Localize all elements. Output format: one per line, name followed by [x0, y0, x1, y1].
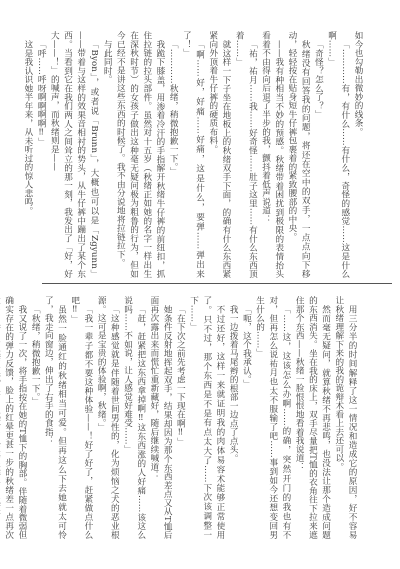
paragraph: 虽然一脸通红的秋绪相当可爱。但再这么下去她就太可怜了，我走向窗边，伸出了右手的食… [41, 296, 67, 539]
paragraph: 「祐，祐月……我……好奇怪……肚子这里……有什么东西顶着……」 [232, 31, 258, 278]
paragraph: 这是我认识她半年来，从未听过的惊人悲鸣。 [21, 31, 34, 278]
paragraph: 「…………秋绪，稍微抱歉一下。」 [166, 31, 179, 278]
paragraph: 用三分半的时间解释了这一情况和造成它的原因，好不容易让秋绪理解下来的我的诡辩术看… [332, 296, 358, 539]
paragraph: 「啊……好，好痛……好痛，这是什么，要弹……弹出来了！」 [179, 31, 205, 278]
paragraph: 如今也勾勒出微妙的线条。 [351, 31, 364, 278]
paragraph: 不过还好，这样一来就证明我的肉体易容术能够正常使用了。只不过，那个东西是不是有点… [186, 296, 226, 539]
paragraph: 「呃，这个我承认。」 [239, 296, 252, 539]
paragraph: 「赶，赶紧把这东西拿掉啊‼这东西涨的人好痛……该这么说吗……不如说，让人感觉好难… [120, 296, 146, 539]
top-text-block: 如今也勾勒出微妙的线条。「…………有，有什么……有什么，奇怪的感觉……这是什么啊… [21, 31, 364, 278]
paragraph: 「……这，这该怎么办啊……的确，突然开门的我也有不对，但再怎么说祐月也太不服输了… [252, 296, 292, 539]
paragraph: ——我有种相当不妙的预感。秋绪带着困扰到极限的表情抬头看着不由得向后退了半步的我… [258, 31, 284, 278]
paragraph: 「秋绪，稍微抱歉一下。」 [28, 296, 41, 539]
paragraph: 我跪下膝盖，用渗着冷汗的手指解开秋绪牛仔裤的前纽扣，抓住拉链的拉头部件。虽然对十… [113, 31, 166, 278]
paragraph: 我一边拨着马尾辫的根部一边点了点头。 [226, 296, 239, 539]
paragraph: 与此同时。 [100, 31, 113, 278]
paragraph: 「Byon」，或者说「Brunn」，大概也可以是「Zgyunn」——带着与这样的… [47, 31, 100, 278]
paragraph: 「呼……呼呀啊啊啊啊‼」 [34, 31, 47, 278]
paragraph: 「这种感觉就是伴随着世间男性的，化为烦恼之犬的恶业根源。这可是宝贵的体验啊，秋绪… [94, 296, 120, 539]
paragraph: 秋绪没有回答我的问题，将还在空中的双手，一点点向下移动，轻轻按在贴身短牛仔裤包裹… [285, 31, 311, 278]
paragraph: 「我一辈子都不要这种体验——！好了好了，赶紧做点什么吧‼」 [68, 296, 94, 539]
novel-scan-page: 如今也勾勒出微妙的线条。「…………有，有什么……有什么，奇怪的感觉……这是什么啊… [0, 0, 400, 569]
paragraph: 就这样一下子坐在地板上的秋绪双手下面，的确有什么东西紧紧向外顶着牛仔裤的硬质布料… [206, 31, 232, 278]
paragraph: 「在下次之前先考虑一下现在啊‼」 [173, 296, 186, 539]
paragraph: 「奇怪？怎么了？」 [311, 31, 324, 278]
paragraph: 然而毫无疑问，就算秋绪不再悲鸣，也没法让那个造成问题的东西消失。坐在我的床上，双… [292, 296, 332, 539]
section-divider [42, 283, 392, 284]
paragraph: 我又说了一次，将手指按在她的T恤下的胸部。伴随着微弱但确实存在的弹力反馈，脸上的… [0, 296, 28, 539]
paragraph: 「…………有，有什么……有什么，奇怪的感觉……这是什么啊……」 [324, 31, 350, 278]
paragraph: 她条件反射地挥起双手，结果却因为那个东西差点又从T恤后面再次露出来而慌忙重新藏好… [147, 296, 173, 539]
bottom-text-block: 用三分半的时间解释了这一情况和造成它的原因，好不容易让秋绪理解下来的我的诡辩术看… [0, 296, 358, 539]
